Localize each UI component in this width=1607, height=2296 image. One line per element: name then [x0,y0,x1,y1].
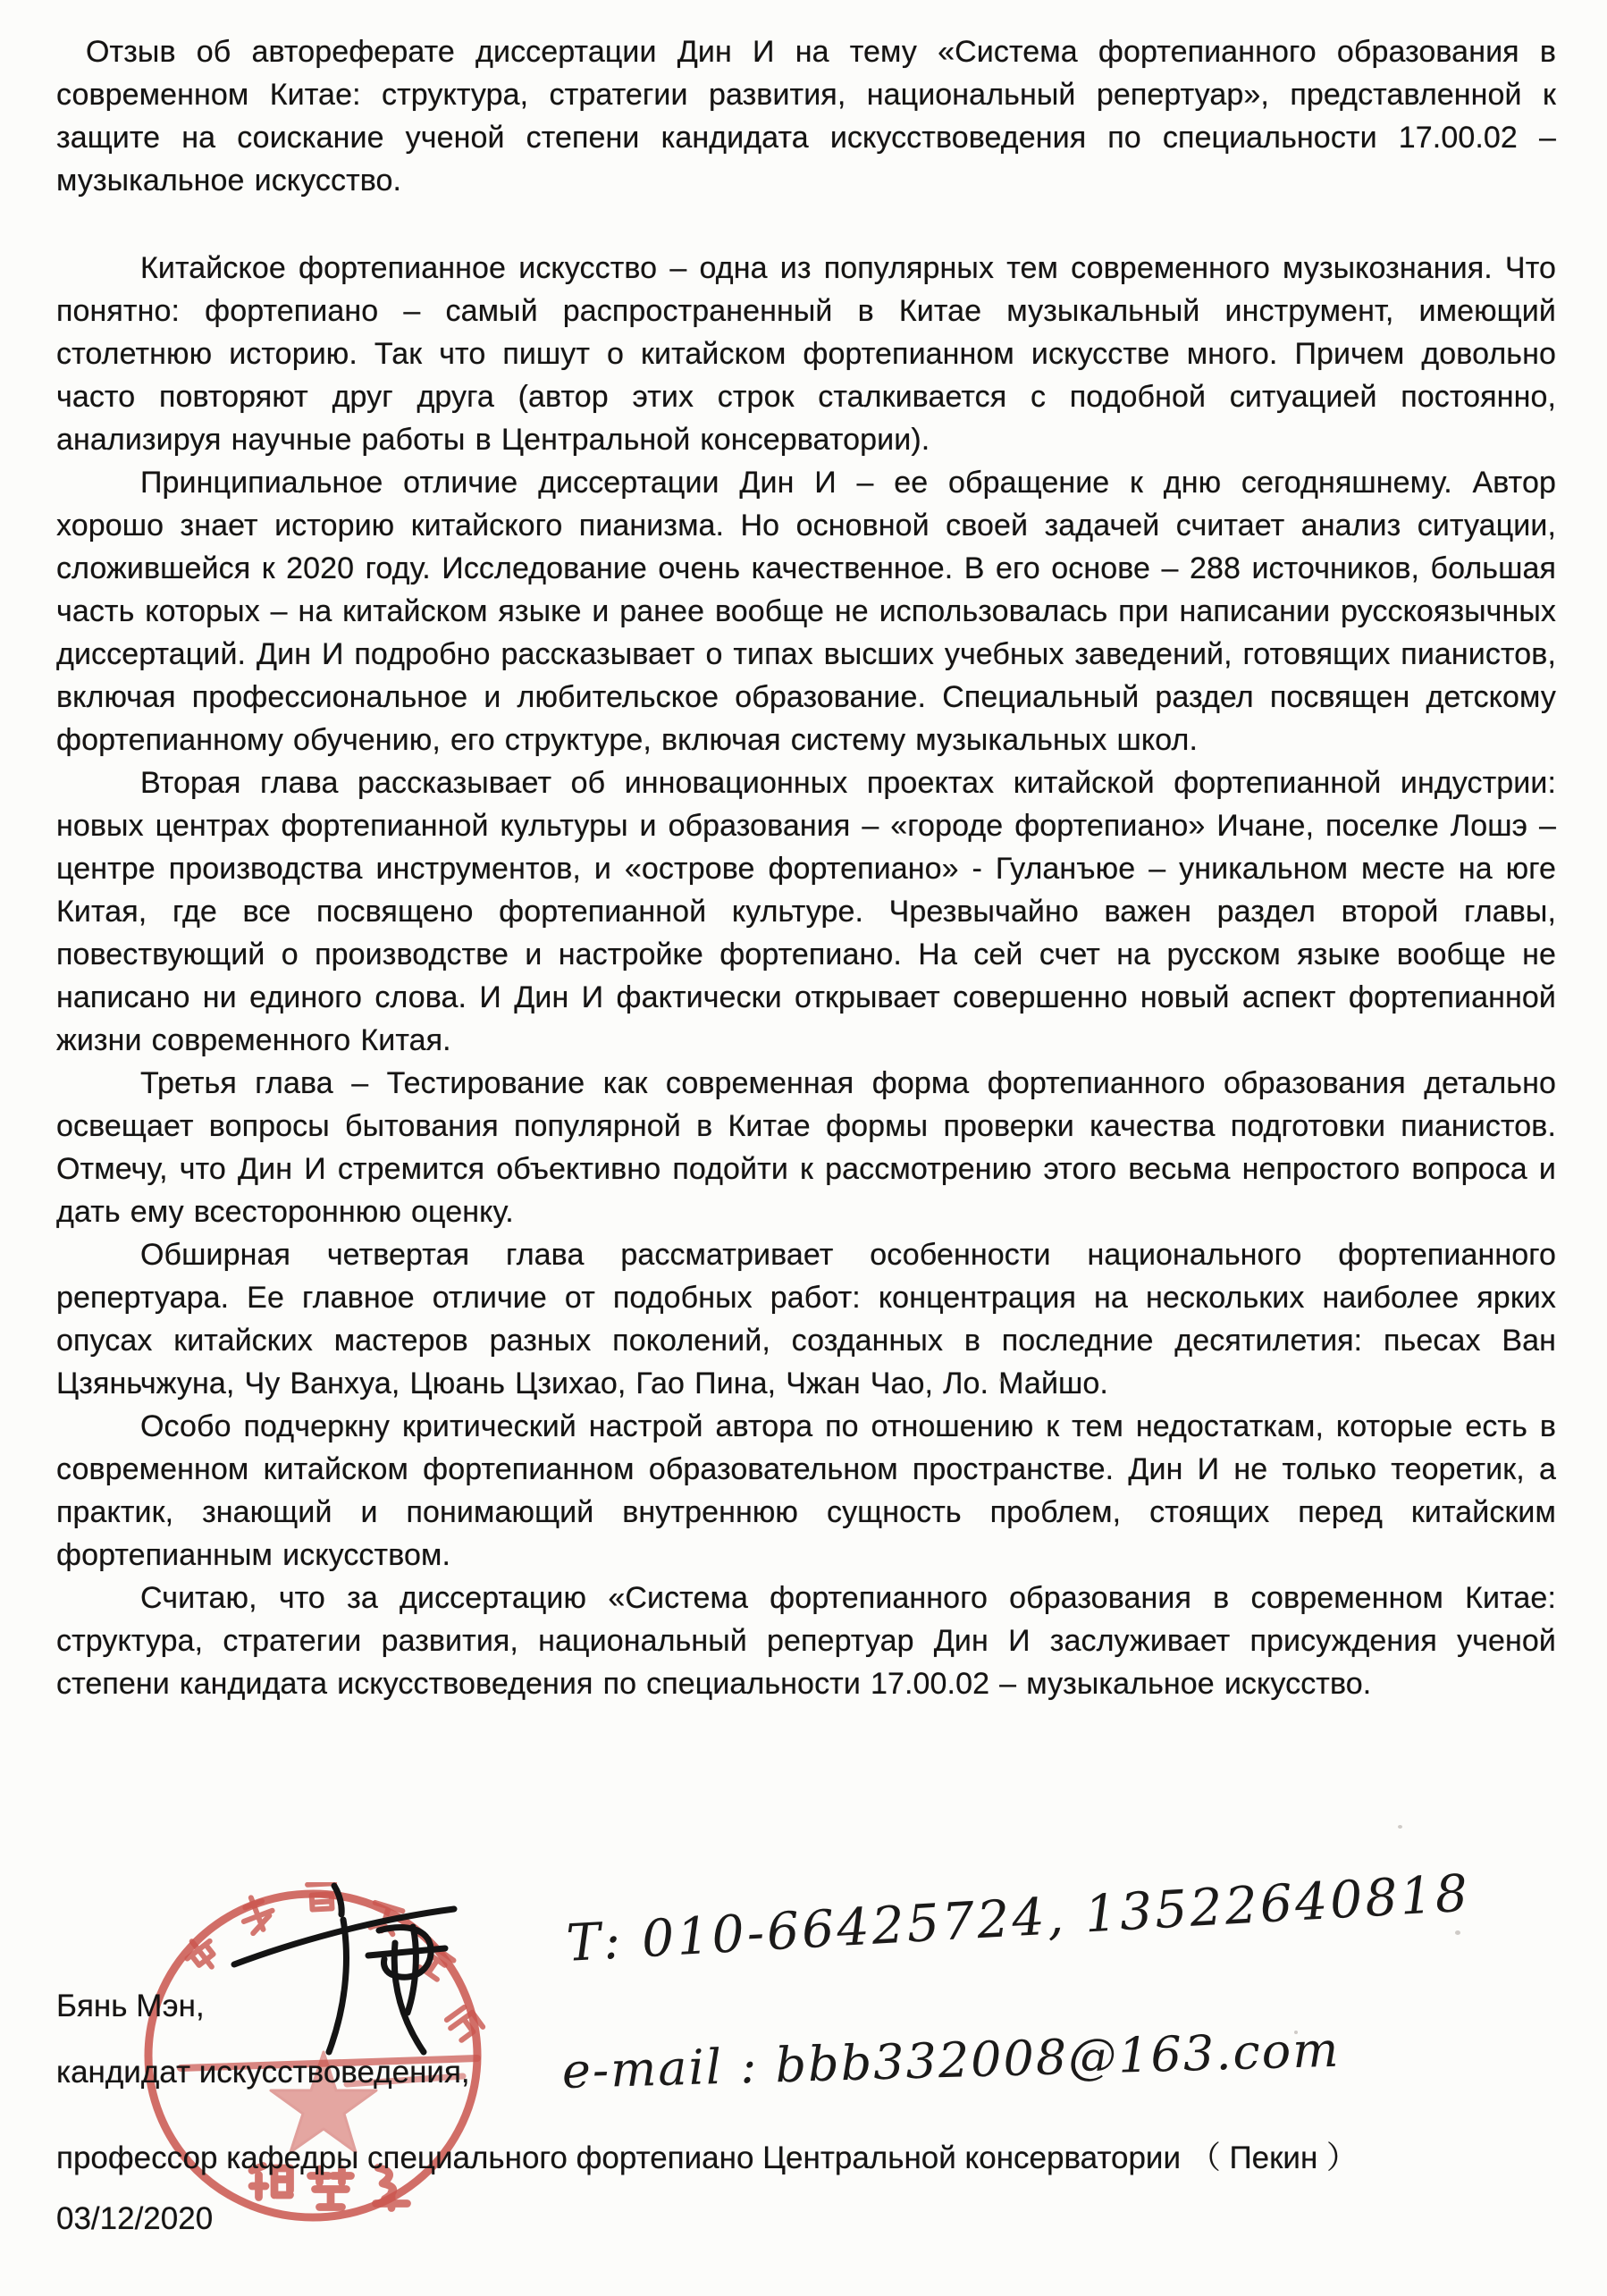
scanned-review-page: Отзыв об автореферате диссертации Дин И … [0,0,1607,2296]
scan-speckle [1294,2031,1298,2034]
handwritten-signature [229,1873,470,2070]
review-paragraph: Китайское фортепианное искусство – одна … [56,247,1556,461]
review-body: Отзыв об автореферате диссертации Дин И … [56,30,1556,1705]
review-paragraph: Особо подчеркну критический настрой авто… [56,1405,1556,1577]
scan-speckle [1398,1825,1402,1829]
review-paragraph: Третья глава – Тестирование как современ… [56,1062,1556,1233]
review-paragraph: Считаю, что за диссертацию «Система форт… [56,1577,1556,1705]
scan-speckle [999,1378,1003,1382]
review-date: 03/12/2020 [56,2199,213,2240]
reviewer-position: профессор кафедры специального фортепиан… [56,2138,1358,2179]
handwritten-phone: Т: 010-66425724, 13522640818 [565,1863,1472,1972]
reviewer-degree: кандидат искусствоведения, [56,2052,470,2093]
review-paragraph: Вторая глава рассказывает об инновационн… [56,761,1556,1062]
scan-speckle [1455,1930,1460,1935]
reviewer-name: Бянь Мэн, [56,1986,205,2027]
review-paragraph: Отзыв об автореферате диссертации Дин И … [56,30,1556,202]
handwritten-email: e-mail : bbb332008@163.com [561,2022,1341,2099]
review-paragraph: Принципиальное отличие диссертации Дин И… [56,461,1556,761]
review-paragraph: Обширная четвертая глава рассматривает о… [56,1233,1556,1405]
